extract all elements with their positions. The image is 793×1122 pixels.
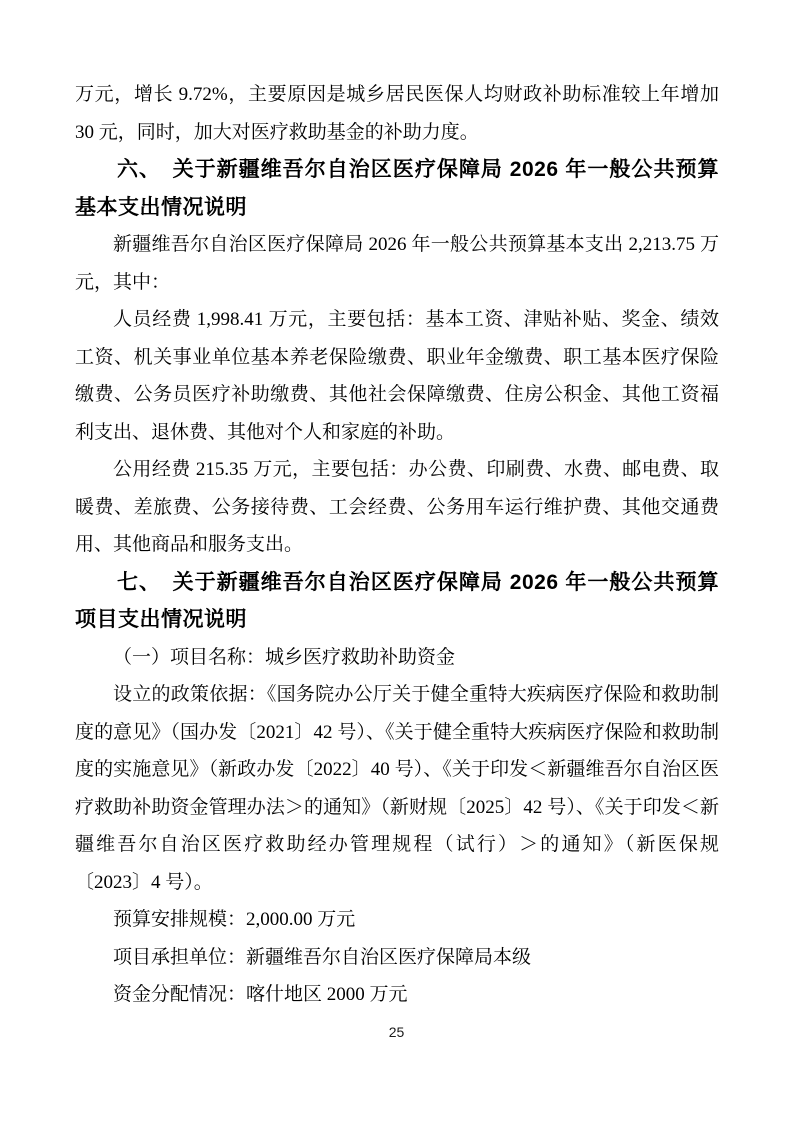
document-page: 万元，增长 9.72%，主要原因是城乡居民医保人均财政补助标准较上年增加 30 … xyxy=(0,0,793,1122)
paragraph-basic-expenditure-total: 新疆维吾尔自治区医疗保障局 2026 年一般公共预算基本支出 2,213.75 … xyxy=(75,226,719,301)
paragraph-public-expenses: 公用经费 215.35 万元，主要包括：办公费、印刷费、水费、邮电费、取暖费、差… xyxy=(75,451,719,564)
paragraph-policy-basis: 设立的政策依据：《国务院办公厅关于健全重特大疾病医疗保险和救助制度的意见》（国办… xyxy=(75,676,719,901)
heading-section-7-project-expenditure: 七、 关于新疆维吾尔自治区医疗保障局 2026 年一般公共预算项目支出情况说明 xyxy=(75,564,719,639)
paragraph-undertaking-unit: 项目承担单位：新疆维吾尔自治区医疗保障局本级 xyxy=(75,939,719,977)
heading-section-6-basic-expenditure: 六、 关于新疆维吾尔自治区医疗保障局 2026 年一般公共预算基本支出情况说明 xyxy=(75,151,719,226)
paragraph-project-name: （一）项目名称：城乡医疗救助补助资金 xyxy=(75,639,719,677)
paragraph-personnel-expenses: 人员经费 1,998.41 万元，主要包括：基本工资、津贴补贴、奖金、绩效工资、… xyxy=(75,301,719,451)
page-number: 25 xyxy=(0,1022,793,1042)
paragraph-growth-continuation: 万元，增长 9.72%，主要原因是城乡居民医保人均财政补助标准较上年增加 30 … xyxy=(75,76,719,151)
document-body: 万元，增长 9.72%，主要原因是城乡居民医保人均财政补助标准较上年增加 30 … xyxy=(75,76,719,1014)
paragraph-budget-scale: 预算安排规模：2,000.00 万元 xyxy=(75,901,719,939)
paragraph-fund-allocation: 资金分配情况：喀什地区 2000 万元 xyxy=(75,976,719,1014)
